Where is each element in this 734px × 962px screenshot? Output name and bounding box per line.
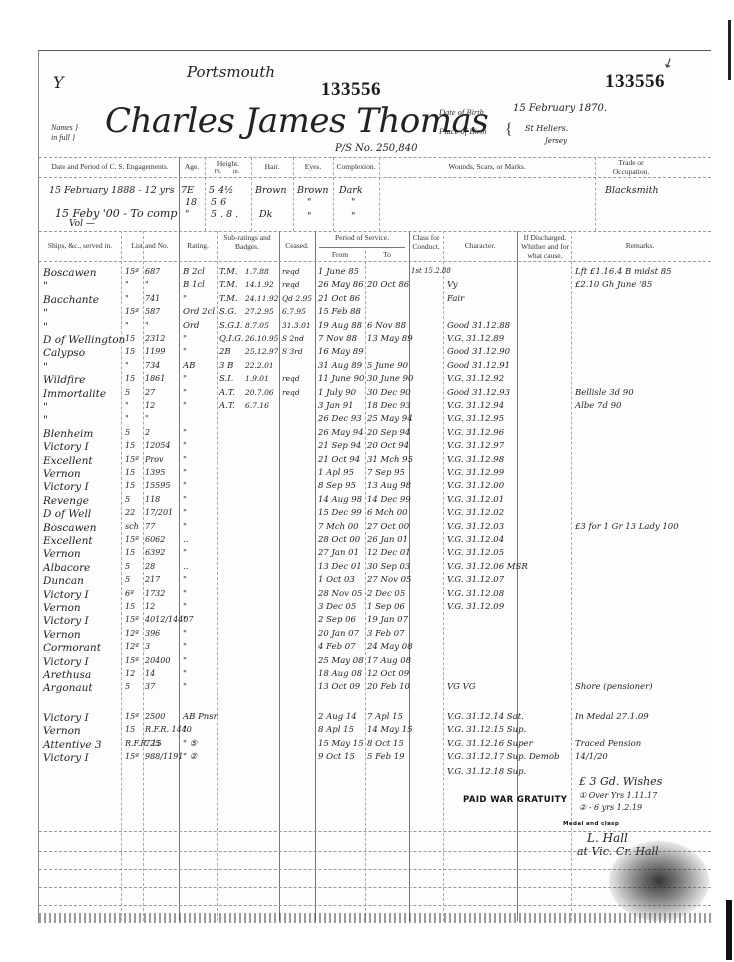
service-list: 12ª [125, 642, 139, 651]
service-character: Vy [447, 280, 458, 290]
col-trade: Trade or Occupation. [601, 158, 661, 176]
service-character: V.G. 31.12.17 Sup. Demob [447, 752, 559, 762]
service-to: 12 Dec 01 [367, 548, 411, 558]
eng-complexion-1: Dark [339, 185, 363, 196]
divider [143, 231, 144, 921]
service-cls: 1st 15.2.88 [411, 267, 451, 275]
service-to: 18 Dec 93 [367, 401, 411, 411]
service-character: V.G. 31.12.06 MSR [447, 562, 528, 572]
service-from: 1 Oct 03 [318, 575, 355, 585]
service-ship: Blenheim [43, 428, 93, 440]
service-rating: " [183, 615, 187, 625]
service-from: 7 Mch 00 [318, 522, 359, 532]
service-ceased: 31.3.01 [282, 321, 311, 330]
service-list: 15ª [125, 455, 139, 464]
col-ceased: Ceased. [279, 241, 315, 250]
service-remarks: 14/1/20 [575, 752, 608, 762]
eng-complexion-2: " [351, 197, 355, 208]
service-sub: 2B [219, 347, 231, 357]
service-list: " [125, 361, 129, 370]
service-rating: " [183, 441, 187, 451]
service-number-right: 133556 [605, 71, 665, 93]
service-ship: Albacore [43, 562, 90, 574]
service-list: 6ª [125, 589, 134, 598]
service-character: V.G. 31.12.00 [447, 481, 504, 491]
service-character: V.G. 31.12.16 Super [447, 739, 533, 749]
service-character: V.G. 31.12.15 Sup. [447, 725, 526, 735]
eng-height-3: 5 . 8 . [211, 209, 238, 220]
service-ship: Victory I [43, 752, 89, 764]
service-rating: " [183, 629, 187, 639]
service-to: 20 Sep 94 [367, 428, 410, 438]
service-rating: " [183, 602, 187, 612]
divider [443, 231, 444, 921]
col-class: Class for Conduct. [409, 233, 443, 251]
service-no: 12054 [145, 441, 170, 450]
eng-age-2: 18 [185, 197, 197, 208]
eng-date-1: 15 February 1888 - 12 yrs [49, 185, 174, 196]
service-no: " [145, 414, 149, 423]
service-from: 19 Aug 88 [318, 321, 362, 331]
service-no: Prov [145, 455, 164, 464]
service-from: 27 Jan 01 [318, 548, 359, 558]
service-sub: S.I. [219, 374, 233, 384]
service-list: " [125, 280, 129, 289]
service-ship: Vernon [43, 548, 81, 560]
service-to: 7 Sep 95 [367, 468, 405, 478]
service-rating: " [183, 548, 187, 558]
eng-age-3: " [185, 209, 189, 220]
service-list: 12 [125, 669, 135, 678]
service-subdate: 22.2.01 [245, 361, 274, 370]
service-to: 25 May 94 [367, 414, 413, 424]
service-from: 26 Dec 93 [318, 414, 362, 424]
service-rating: " [183, 575, 187, 585]
service-no: 77 [145, 522, 155, 531]
service-character: V.G. 31.12.98 [447, 455, 504, 465]
service-rating: " [183, 682, 187, 692]
service-ship: Immortalite [43, 388, 106, 400]
service-list: 15 [125, 602, 135, 611]
service-list: 12ª [125, 629, 139, 638]
service-character: V.G. 31.12.92 [447, 374, 504, 384]
service-list: 15ª [125, 615, 139, 624]
col-height-ft: Ft. [211, 168, 225, 177]
service-list: 15 [125, 725, 135, 734]
service-ceased: Qd 2.95 [282, 294, 312, 303]
service-subdate: 20.7.06 [245, 388, 274, 397]
divider [319, 247, 405, 248]
service-rating: " [183, 347, 187, 357]
service-no: 6392 [145, 548, 165, 557]
service-from: 2 Aug 14 [318, 712, 357, 722]
service-character: V.G. 31.12.18 Sup. [447, 767, 526, 777]
service-character: Fair [447, 294, 464, 304]
divider [315, 231, 316, 921]
service-no: 15595 [145, 481, 170, 490]
service-no: 3 [145, 642, 150, 651]
service-character: V.G. 31.12.97 [447, 441, 504, 451]
service-to: 8 Oct 15 [367, 739, 404, 749]
service-to: 5 June 90 [367, 361, 408, 371]
divider [595, 157, 596, 231]
divider [217, 231, 218, 921]
service-ship: Vernon [43, 629, 81, 641]
service-no: " [145, 321, 149, 330]
service-to: 19 Jan 07 [367, 615, 408, 625]
names-label-line1: Names } [51, 123, 78, 132]
service-rating: AB Pnsr [183, 712, 218, 722]
col-marks: Wounds, Scars, or Marks. [379, 162, 595, 171]
service-ship: Vernon [43, 468, 81, 480]
service-sub: S.G.I. [219, 321, 242, 331]
eng-vol: Vol — [69, 219, 95, 229]
service-to: 30 Sep 03 [367, 562, 410, 572]
col-rating: Rating. [179, 241, 217, 250]
service-to: 20 Feb 10 [367, 682, 410, 692]
service-character: V.G. 31.12.14 Sat. [447, 712, 524, 722]
divider [179, 231, 180, 921]
divider [279, 231, 280, 921]
service-subdate: 1.9.01 [245, 374, 269, 383]
service-character: V.G. 31.12.03 [447, 522, 504, 532]
service-rating: " [183, 428, 187, 438]
service-from: 8 Sep 95 [318, 481, 356, 491]
service-from: 13 Dec 01 [318, 562, 362, 572]
eng-age-1: 7E [181, 185, 194, 196]
service-rating: AB [183, 361, 195, 371]
col-discharged: If Discharged. Whither and for what caus… [517, 233, 573, 260]
full-name: Charles James Thomas [105, 101, 488, 141]
service-ship: " [43, 280, 48, 292]
service-list: 5 [125, 428, 130, 437]
service-to: 7 Apl 15 [367, 712, 403, 722]
ink-smudge [609, 841, 709, 921]
service-list: " [125, 414, 129, 423]
service-rating: " [183, 725, 187, 735]
service-from: 1 Apl 95 [318, 468, 354, 478]
service-rating: " [183, 656, 187, 666]
service-no: 1199 [145, 347, 165, 356]
service-ship: Revenge [43, 495, 89, 507]
divider [205, 157, 206, 231]
eng-eyes-2: " [307, 197, 311, 208]
service-ship: Argonaut [43, 682, 93, 694]
service-no: 741 [145, 294, 160, 303]
service-from: 28 Oct 00 [318, 535, 360, 545]
service-ship: " [43, 401, 48, 413]
arrow-mark-icon: ↙ [660, 53, 677, 72]
signature-line1: L. Hall [587, 831, 628, 845]
service-list: 15 [125, 441, 135, 450]
service-from: 15 Dec 99 [318, 508, 362, 518]
service-ceased: reqd [282, 374, 300, 383]
service-rating: " [183, 401, 187, 411]
col-to: To [365, 250, 409, 259]
service-to: 31 Mch 95 [367, 455, 413, 465]
service-no: 14 [145, 669, 155, 678]
service-rating: Ord [183, 321, 199, 331]
service-character: V.G. 31.12.09 [447, 602, 504, 612]
pob-value-line2: Jersey [545, 137, 567, 145]
service-rating: " [183, 481, 187, 491]
col-eyes: Eyes. [293, 162, 333, 171]
service-to: 14 Dec 99 [367, 495, 411, 505]
eng-complexion-3: " [351, 211, 355, 222]
medal-stamp: Medal and clasp [563, 821, 619, 827]
service-from: 31 Aug 89 [318, 361, 362, 371]
service-character: V.G. 31.12.99 [447, 468, 504, 478]
service-sub: 3 B [219, 361, 233, 371]
service-to: 27 Oct 00 [367, 522, 409, 532]
service-no: 687 [145, 267, 160, 276]
service-ship: Victory I [43, 615, 89, 627]
service-ship: Vernon [43, 602, 81, 614]
service-rating: " [183, 388, 187, 398]
service-from: 18 Aug 08 [318, 669, 362, 679]
service-no: 37 [145, 682, 155, 691]
service-character: V.G. 31.12.96 [447, 428, 504, 438]
service-remarks: Lft £1.16.4 B midst 85 [575, 267, 672, 277]
service-remarks: Shore (pensioner) [575, 682, 653, 692]
service-to: 6 Mch 00 [367, 508, 408, 518]
service-rating: " [183, 508, 187, 518]
col-engagements: Date and Period of C. S. Engagements. [45, 162, 175, 171]
service-list: 15ª [125, 535, 139, 544]
service-rating: " [183, 495, 187, 505]
pob-value-line1: St Heliers. [525, 124, 568, 133]
binder-mark [726, 900, 732, 960]
eng-eyes-1: Brown [297, 185, 329, 196]
service-ship: " [43, 321, 48, 333]
service-from: 15 Feb 88 [318, 307, 361, 317]
brace-icon: { [505, 121, 513, 139]
service-remarks: £2.10 Gh June '85 [575, 280, 652, 290]
service-character: V.G. 31.12.05 [447, 548, 504, 558]
service-character: V.G. 31.12.94 [447, 401, 504, 411]
service-from: 21 Sep 94 [318, 441, 361, 451]
service-rating: " ⑤ [183, 739, 197, 749]
service-no: 1861 [145, 374, 165, 383]
col-remarks: Remarks. [573, 241, 707, 250]
col-character: Character. [443, 241, 517, 250]
binder-mark [728, 20, 731, 80]
service-no: 587 [145, 307, 160, 316]
service-from: 3 Dec 05 [318, 602, 356, 612]
service-to: 13 May 89 [367, 334, 413, 344]
service-ceased: S 3rd [282, 347, 303, 356]
service-from: 7 Nov 88 [318, 334, 357, 344]
service-rating: " [183, 455, 187, 465]
service-rating: " [183, 642, 187, 652]
service-ship: " [43, 414, 48, 426]
service-ship: Excellent [43, 455, 93, 467]
service-character: V.G. 31.12.89 [447, 334, 504, 344]
eng-trade-1: Blacksmith [605, 185, 659, 196]
service-from: 25 May 08 [318, 656, 364, 666]
service-to: 13 Aug 98 [367, 481, 411, 491]
service-from: 11 June 90 [318, 374, 364, 384]
service-sub: A.T. [219, 388, 235, 398]
service-character: Good 31.12.91 [447, 361, 510, 371]
col-height: Height. [205, 159, 251, 168]
service-list: 22 [125, 508, 135, 517]
service-to: 12 Oct 09 [367, 669, 409, 679]
service-ship: Wildfire [43, 374, 85, 386]
service-rating: B 1cl [183, 280, 205, 290]
service-ship: D of Well [43, 508, 91, 520]
service-from: 21 Oct 86 [318, 294, 360, 304]
service-subdate: 8.7.05 [245, 321, 269, 330]
service-no: 2312 [145, 334, 165, 343]
service-no: " [145, 280, 149, 289]
eng-eyes-3: " [307, 211, 311, 222]
service-sub: A.T. [219, 401, 235, 411]
service-no: 28 [145, 562, 155, 571]
divider [39, 905, 711, 906]
service-rating: " [183, 468, 187, 478]
service-from: 28 Nov 05 [318, 589, 362, 599]
service-from: 16 May 89 [318, 347, 364, 357]
service-character: Good 31.12.88 [447, 321, 510, 331]
col-complexion: Complexion. [333, 162, 379, 171]
service-character: V.G. 31.12.01 [447, 495, 504, 505]
service-rating: " [183, 374, 187, 384]
service-ship: Vernon [43, 725, 81, 737]
service-rating: .. [183, 535, 188, 545]
service-character: VG VG [447, 682, 476, 692]
service-character: V.G. 31.12.95 [447, 414, 504, 424]
service-rating: " [183, 669, 187, 679]
remark-gd-wishes: £ 3 Gd. Wishes [579, 775, 662, 788]
dob-label: Date of Birth [439, 107, 484, 117]
paid-war-gratuity-stamp: PAID WAR GRATUITY [463, 795, 567, 805]
service-sub: Q.I.G. [219, 334, 244, 344]
service-remarks: In Medal 27.1.09 [575, 712, 649, 722]
service-ceased: reqd [282, 280, 300, 289]
service-no: 6062 [145, 535, 165, 544]
service-list: 15ª [125, 752, 139, 761]
divider [517, 231, 518, 921]
service-rating: " [183, 589, 187, 599]
service-list: 15ª [125, 267, 139, 276]
service-list: 15ª [125, 656, 139, 665]
service-rating: " [183, 294, 187, 304]
service-list: 15 [125, 374, 135, 383]
eng-height-2: 5 6 [211, 197, 226, 208]
service-remarks: £3 for 1 Gr 13 Lady 100 [575, 522, 679, 532]
service-rating: " ② [183, 752, 197, 762]
service-character: Good 31.12.90 [447, 347, 510, 357]
service-to: 5 Feb 19 [367, 752, 405, 762]
eng-hair-1: Brown [255, 185, 287, 196]
service-ship: Arethusa [43, 669, 91, 681]
service-list: 5 [125, 562, 130, 571]
service-ship: " [43, 307, 48, 319]
service-to: 17 Aug 08 [367, 656, 411, 666]
service-sub: T.M. [219, 294, 238, 304]
service-no: 725 [145, 739, 160, 748]
service-ship: Victory I [43, 712, 89, 724]
service-list: 15 [125, 468, 135, 477]
service-no: 1395 [145, 468, 165, 477]
service-to: 27 Nov 05 [367, 575, 411, 585]
service-from: 1 July 90 [318, 388, 356, 398]
service-ship: Victory I [43, 656, 89, 668]
service-from: 9 Oct 15 [318, 752, 355, 762]
service-rating: .. [183, 562, 188, 572]
service-subdate: 24.11.92 [245, 294, 278, 303]
service-list: 5 [125, 682, 130, 691]
service-no: 118 [145, 495, 160, 504]
service-ceased: 6.7.95 [282, 307, 306, 316]
service-subdate: 27.2.95 [245, 307, 274, 316]
service-from: 2 Sep 06 [318, 615, 356, 625]
service-to: 20 Oct 94 [367, 441, 409, 451]
service-from: 1 June 85 [318, 267, 359, 277]
col-from: From [315, 250, 365, 259]
col-height-in: in. [229, 168, 243, 177]
names-label: Names } in full } [51, 123, 78, 143]
service-rating: Ord 2cl [183, 307, 215, 317]
service-from: 15 May 15 [318, 739, 364, 749]
service-no: 12 [145, 602, 155, 611]
service-remarks: Bellisle 3d 90 [575, 388, 634, 398]
col-ships: Ships, &c., served in. [39, 241, 121, 250]
service-no: 217 [145, 575, 160, 584]
service-from: 21 Oct 94 [318, 455, 360, 465]
service-no: 17/201 [145, 508, 173, 517]
service-character: V.G. 31.12.08 [447, 589, 504, 599]
col-period: Period of Service. [315, 233, 409, 242]
service-list: " [125, 321, 129, 330]
service-list: 15ª [125, 307, 139, 316]
service-no: 12 [145, 401, 155, 410]
service-sub: T.M. [219, 267, 238, 277]
service-rating: " [183, 522, 187, 532]
service-from: 26 May 94 [318, 428, 364, 438]
service-character: V.G. 31.12.02 [447, 508, 504, 518]
service-list: 5 [125, 495, 130, 504]
service-character: V.G. 31.12.04 [447, 535, 504, 545]
service-record-sheet: Y Portsmouth 133556 133556 ↙ Names } in … [38, 50, 711, 923]
service-subdate: 6.7.16 [245, 401, 269, 410]
service-from: 20 Jan 07 [318, 629, 359, 639]
service-sub: S.G. [219, 307, 236, 317]
service-ship: Victory I [43, 589, 89, 601]
service-from: 8 Apl 15 [318, 725, 354, 735]
service-list: 15 [125, 347, 135, 356]
service-character: Good 31.12.93 [447, 388, 510, 398]
service-ceased: S 2nd [282, 334, 304, 343]
service-no: 396 [145, 629, 160, 638]
service-to: 26 Jan 01 [367, 535, 408, 545]
col-subratings: Sub-ratings and Badges. [219, 233, 275, 251]
service-subdate: 14.1.92 [245, 280, 274, 289]
service-to: 20 Oct 86 [367, 280, 409, 290]
remark-over-yrs: ① Over Yrs 1.11.17 [579, 791, 657, 800]
service-list: 5 [125, 575, 130, 584]
tick-mark: Y [53, 73, 64, 92]
service-ship: D of Wellington [43, 334, 125, 346]
service-no: 27 [145, 388, 155, 397]
pension-ref: P/S No. 250,840 [335, 143, 417, 154]
service-list: 5 [125, 388, 130, 397]
dob-value: 15 February 1870. [513, 103, 607, 114]
service-to: 30 Dec 90 [367, 388, 411, 398]
service-ship: " [43, 361, 48, 373]
service-ship: Calypso [43, 347, 85, 359]
